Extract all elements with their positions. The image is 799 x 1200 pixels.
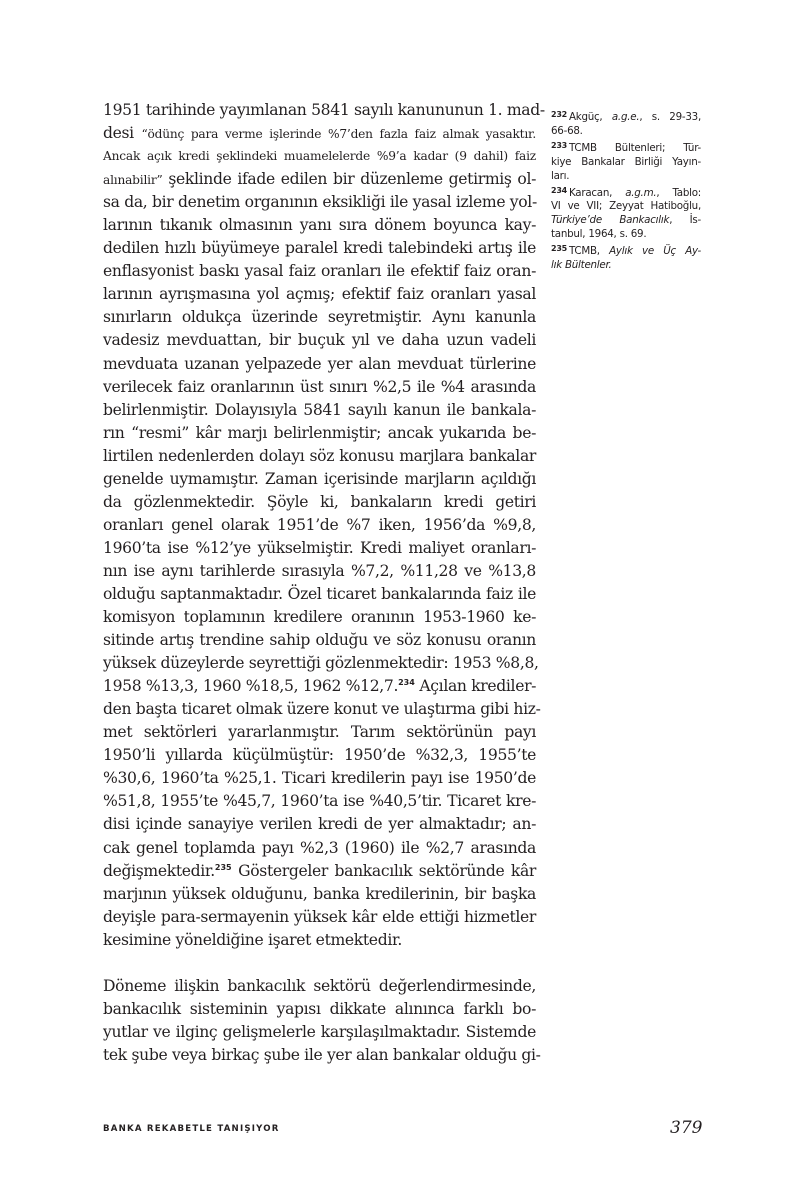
sidenote-line: ları. (551, 170, 701, 184)
text-line: rın “resmi” kâr marjı belirlenmiştir; an… (103, 422, 536, 445)
text-line: 1951 tarihinde yayımlanan 5841 sayılı ka… (103, 99, 536, 122)
sidenote-line: 233TCMB Bültenleri; Tür- (551, 139, 701, 156)
text-line: Döneme ilişkin bankacılık sektörü değerl… (103, 975, 536, 998)
sidenote-number: 234 (551, 186, 567, 195)
text-line: olduğu saptanmaktadır. Özel ticaret bank… (103, 583, 536, 606)
text-line: enflasyonist baskı yasal faiz oranları i… (103, 260, 536, 283)
sidenotes-column: 232Akgüç, a.g.e., s. 29-33, 66-68. 233TC… (551, 108, 701, 273)
text-line: yutlar ve ilginç gelişmelerle karşılaşıl… (103, 1021, 536, 1044)
text-fragment: , Tablo: (656, 187, 701, 199)
text-line: mevduata uzanan yelpazede yer alan mevdu… (103, 353, 536, 376)
text-line: met sektörleri yararlanmıştır. Tarım sek… (103, 721, 536, 744)
sidenote-line: VI ve VII; Zeyyat Hatiboğlu, (551, 200, 701, 214)
italic-fragment: a.g.m. (625, 187, 656, 199)
text-line: sınırların oldukça üzerinde seyretmiştir… (103, 306, 536, 329)
text-fragment: desi (103, 124, 134, 142)
paragraph-spacer (103, 952, 536, 975)
sidenote-233: 233TCMB Bültenleri; Tür- kiye Bankalar B… (551, 139, 701, 184)
text-line: değişmektedir.235 Göstergeler bankacılık… (103, 860, 536, 883)
text-line: da gözlenmektedir. Şöyle ki, bankaların … (103, 491, 536, 514)
sidenote-line: kiye Bankalar Birliği Yayın- (551, 156, 701, 170)
text-line: dedilen hızlı büyümeye paralel kredi tal… (103, 237, 536, 260)
text-line: larının tıkanık olmasının yanı sıra döne… (103, 214, 536, 237)
text-line: lirtilen nedenlerden dolayı söz konusu m… (103, 445, 536, 468)
italic-fragment: Türkiye’de Bankacılık (551, 214, 669, 226)
sidenote-number: 235 (551, 244, 567, 253)
text-fragment: Göstergeler bankacılık sektöründe kâr (232, 862, 536, 880)
text-line: %51,8, 1955’te %45,7, 1960’ta ise %40,5’… (103, 790, 536, 813)
sidenote-line: 232Akgüç, a.g.e., s. 29-33, (551, 108, 701, 125)
text-line: nın ise aynı tarihlerde sırasıyla %7,2, … (103, 560, 536, 583)
text-fragment: , s. 29-33, (639, 111, 701, 123)
sidenote-line: 66-68. (551, 125, 701, 139)
text-line: 1958 %13,3, 1960 %18,5, 1962 %12,7.234 A… (103, 675, 536, 698)
text-fragment: değişmektedir. (103, 862, 215, 880)
text-line: komisyon toplamının kredilere oranının 1… (103, 606, 536, 629)
footnote-ref-235[interactable]: 235 (215, 863, 232, 872)
text-line: genelde uymamıştır. Zaman içerisinde mar… (103, 468, 536, 491)
text-fragment: Karacan, (569, 187, 625, 199)
text-fragment: TCMB, (569, 245, 609, 257)
running-footer-title: BANKA REKABETLE TANIŞIYOR (103, 1124, 280, 1134)
text-line: sa da, bir denetim organının eksikliği i… (103, 191, 536, 214)
italic-fragment: Aylık ve Üç Ay- (609, 245, 701, 257)
text-line: vadesiz mevduattan, bir buçuk yıl ve dah… (103, 329, 536, 352)
quoted-law-text: Ancak açık kredi şeklindeki muamelelerde… (103, 145, 536, 168)
text-line: den başta ticaret olmak üzere konut ve u… (103, 698, 536, 721)
text-line: disi içinde sanayiye verilen kredi de ye… (103, 813, 536, 836)
sidenote-line: Türkiye’de Bankacılık, İs- (551, 214, 701, 228)
sidenote-number: 233 (551, 141, 567, 150)
text-line: %30,6, 1960’ta %25,1. Ticari kredilerin … (103, 767, 536, 790)
text-line: oranları genel olarak 1951’de %7 iken, 1… (103, 514, 536, 537)
text-line: 1960’ta ise %12’ye yükselmiştir. Kredi m… (103, 537, 536, 560)
page-number: 379 (670, 1118, 702, 1138)
text-fragment: TCMB Bültenleri; Tür- (569, 142, 701, 154)
text-line: larının ayrışmasına yol açmış; efektif f… (103, 283, 536, 306)
text-line: alınabilir” şeklinde ifade edilen bir dü… (103, 168, 536, 191)
paragraph-1: 1951 tarihinde yayımlanan 5841 sayılı ka… (103, 99, 536, 952)
footnote-ref-234[interactable]: 234 (398, 678, 415, 687)
paragraph-2: Döneme ilişkin bankacılık sektörü değerl… (103, 975, 536, 1067)
sidenote-235: 235TCMB, Aylık ve Üç Ay- lık Bültenler. (551, 242, 701, 273)
text-fragment: Açılan krediler- (415, 677, 536, 695)
quoted-law-text: “ödünç para verme işlerinde %7’den fazla… (141, 127, 536, 141)
text-fragment: şeklinde ifade edilen bir düzenleme geti… (163, 170, 536, 188)
text-line: marjının yüksek olduğunu, banka krediler… (103, 883, 536, 906)
main-text-column: 1951 tarihinde yayımlanan 5841 sayılı ka… (103, 99, 536, 1067)
quoted-law-text: alınabilir” (103, 173, 163, 187)
sidenote-line: 235TCMB, Aylık ve Üç Ay- (551, 242, 701, 259)
sidenote-line: lık Bültenler. (551, 259, 701, 273)
text-line: deyişle para-sermayenin yüksek kâr elde … (103, 906, 536, 929)
italic-fragment: a.g.e. (612, 111, 640, 123)
text-line: bankacılık sisteminin yapısı dikkate alı… (103, 998, 536, 1021)
sidenote-234: 234Karacan, a.g.m., Tablo: VI ve VII; Ze… (551, 184, 701, 243)
text-fragment: , İs- (669, 214, 701, 226)
text-fragment: Akgüç, (569, 111, 612, 123)
text-line: yüksek düzeylerde seyrettiği gözlenmekte… (103, 652, 536, 675)
text-line: belirlenmiştir. Dolayısıyla 5841 sayılı … (103, 399, 536, 422)
text-line: cak genel toplamda payı %2,3 (1960) ile … (103, 837, 536, 860)
text-line: 1950’li yıllarda küçülmüştür: 1950’de %3… (103, 744, 536, 767)
text-line: sitinde artış trendine sahip olduğu ve s… (103, 629, 536, 652)
text-line: verilecek faiz oranlarının üst sınırı %2… (103, 376, 536, 399)
text-line: tek şube veya birkaç şube ile yer alan b… (103, 1044, 536, 1067)
italic-fragment: lık Bültenler. (551, 259, 612, 271)
text-line: kesimine yöneldiğine işaret etmektedir. (103, 929, 536, 952)
sidenote-232: 232Akgüç, a.g.e., s. 29-33, 66-68. (551, 108, 701, 139)
sidenote-line: 234Karacan, a.g.m., Tablo: (551, 184, 701, 201)
sidenote-number: 232 (551, 110, 567, 119)
text-fragment: 1958 %13,3, 1960 %18,5, 1962 %12,7. (103, 677, 398, 695)
sidenote-line: tanbul, 1964, s. 69. (551, 228, 701, 242)
text-line: desi “ödünç para verme işlerinde %7’den … (103, 122, 536, 145)
